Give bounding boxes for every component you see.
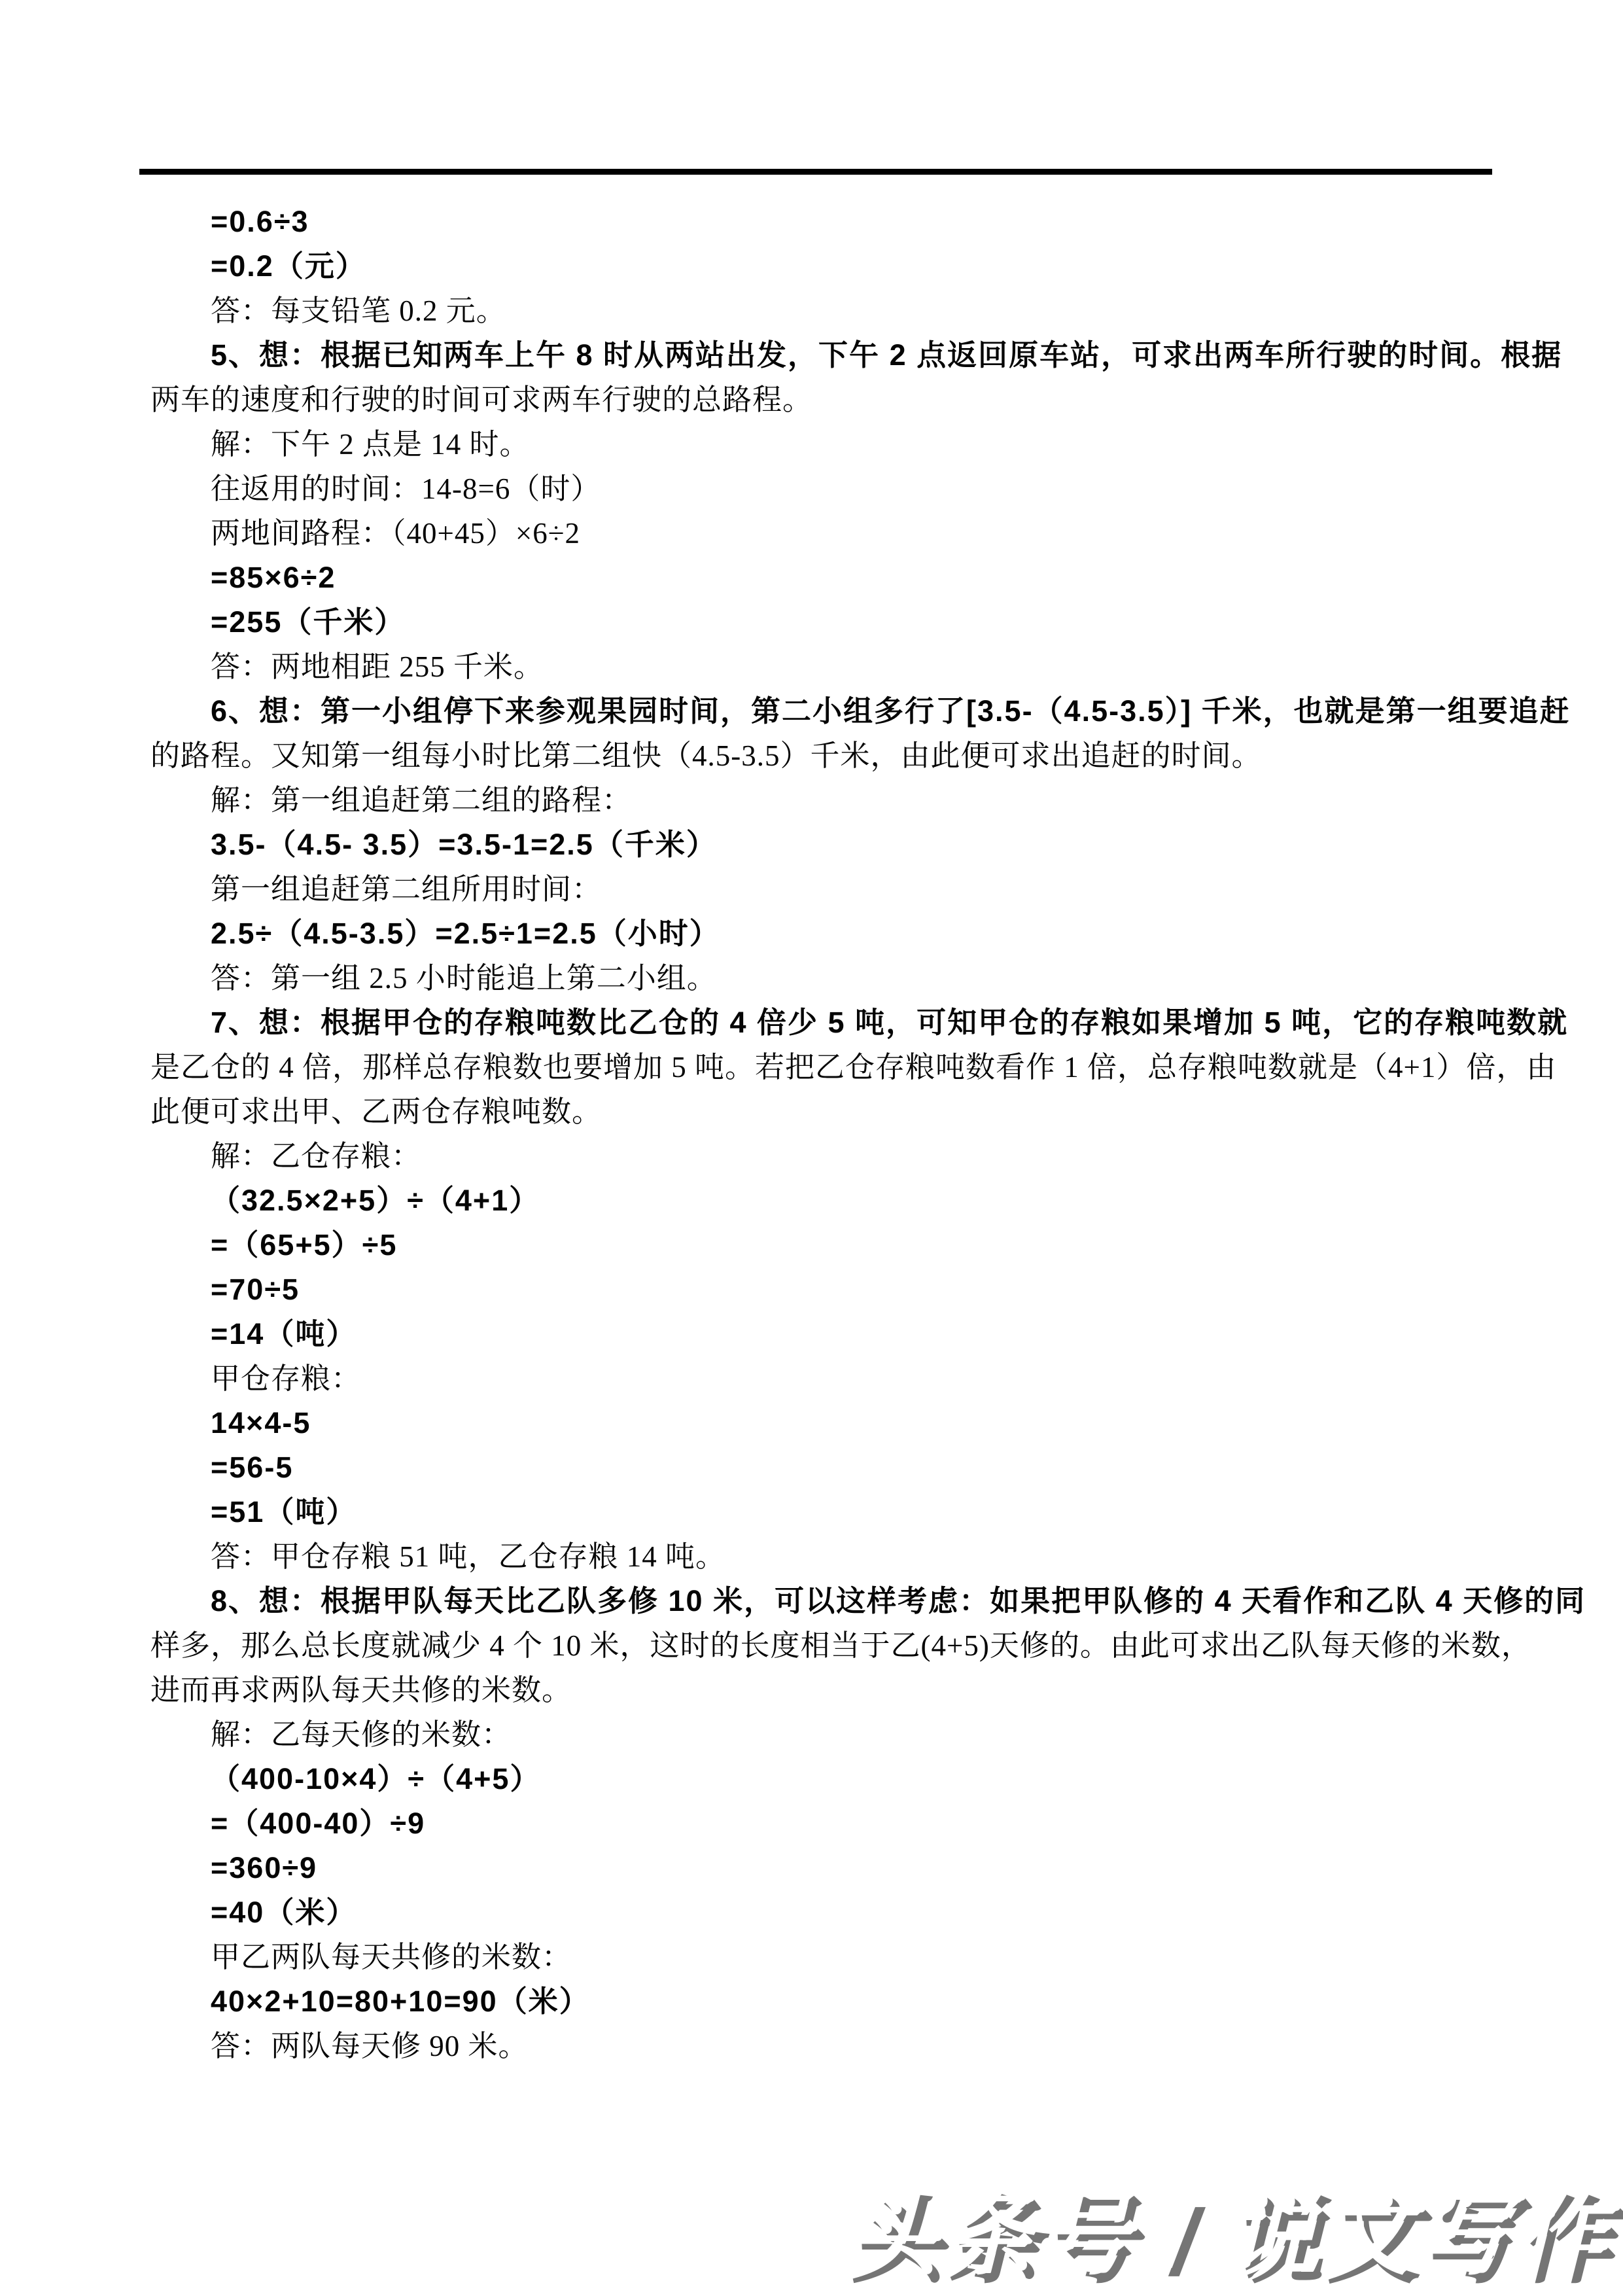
text-line: 的路程。又知第一组每小时比第二组快（4.5-3.5）千米，由此便可求出追赶的时间…: [150, 733, 1488, 778]
text-line: =0.6÷3: [150, 200, 1488, 244]
text-line: 3.5-（4.5- 3.5）=3.5-1=2.5（千米）: [150, 822, 1488, 867]
text-line: 答：两地相距 255 千米。: [150, 645, 1488, 689]
text-line: 解：乙每天修的米数：: [150, 1712, 1488, 1757]
text-line: 7、想：根据甲仓的存粮吨数比乙仓的 4 倍少 5 吨，可知甲仓的存粮如果增加 5…: [150, 1000, 1488, 1045]
text-line: =（65+5）÷5: [150, 1223, 1488, 1267]
text-line: =40（米）: [150, 1890, 1488, 1935]
text-line: =70÷5: [150, 1267, 1488, 1312]
text-line: 解：下午 2 点是 14 时。: [150, 422, 1488, 467]
text-line: 解：乙仓存粮：: [150, 1134, 1488, 1178]
text-line: =51（吨）: [150, 1490, 1488, 1534]
text-line: =14（吨）: [150, 1312, 1488, 1356]
text-line: 两车的速度和行驶的时间可求两车行驶的总路程。: [150, 378, 1488, 422]
text-line: =360÷9: [150, 1846, 1488, 1890]
text-line: 答：每支铅笔 0.2 元。: [150, 289, 1488, 333]
text-line: 解：第一组追赶第二组的路程：: [150, 778, 1488, 822]
text-line: =（400-40）÷9: [150, 1801, 1488, 1846]
text-line: =56-5: [150, 1445, 1488, 1490]
text-line: 样多，那么总长度就减少 4 个 10 米，这时的长度相当于乙(4+5)天修的。由…: [150, 1623, 1488, 1668]
document-lines: =0.6÷3=0.2（元）答：每支铅笔 0.2 元。5、想：根据已知两车上午 8…: [150, 200, 1488, 2068]
text-line: 14×4-5: [150, 1401, 1488, 1445]
text-line: （400-10×4）÷（4+5）: [150, 1757, 1488, 1801]
text-line: 进而再求两队每天共修的米数。: [150, 1668, 1488, 1712]
text-line: 甲乙两队每天共修的米数：: [150, 1935, 1488, 1979]
text-line: 往返用的时间：14-8=6（时）: [150, 467, 1488, 511]
text-line: 2.5÷（4.5-3.5）=2.5÷1=2.5（小时）: [150, 911, 1488, 956]
text-line: 6、想：第一小组停下来参观果园时间，第二小组多行了[3.5-（4.5-3.5）]…: [150, 689, 1488, 733]
text-line: 40×2+10=80+10=90（米）: [150, 1979, 1488, 2024]
text-line: =0.2（元）: [150, 244, 1488, 289]
text-line: =255（千米）: [150, 600, 1488, 645]
text-line: 两地间路程：（40+45）×6÷2: [150, 511, 1488, 556]
text-line: 甲仓存粮：: [150, 1356, 1488, 1401]
text-line: 此便可求出甲、乙两仓存粮吨数。: [150, 1089, 1488, 1134]
text-line: 答：甲仓存粮 51 吨，乙仓存粮 14 吨。: [150, 1534, 1488, 1579]
header-rule: [139, 169, 1492, 175]
text-line: 8、想：根据甲队每天比乙队多修 10 米，可以这样考虑：如果把甲队修的 4 天看…: [150, 1579, 1488, 1623]
document-page: =0.6÷3=0.2（元）答：每支铅笔 0.2 元。5、想：根据已知两车上午 8…: [0, 0, 1623, 2296]
text-line: =85×6÷2: [150, 556, 1488, 600]
text-line: （32.5×2+5）÷（4+1）: [150, 1178, 1488, 1223]
text-line: 答：两队每天修 90 米。: [150, 2024, 1488, 2068]
text-line: 5、想：根据已知两车上午 8 时从两站出发，下午 2 点返回原车站，可求出两车所…: [150, 333, 1488, 378]
text-line: 答：第一组 2.5 小时能追上第二小组。: [150, 956, 1488, 1000]
text-line: 是乙仓的 4 倍，那样总存粮数也要增加 5 吨。若把乙仓存粮吨数看作 1 倍，总…: [150, 1045, 1488, 1089]
toutiao-watermark: 头条号 / 说文写作: [845, 2159, 1611, 2293]
text-line: 第一组追赶第二组所用时间：: [150, 867, 1488, 911]
